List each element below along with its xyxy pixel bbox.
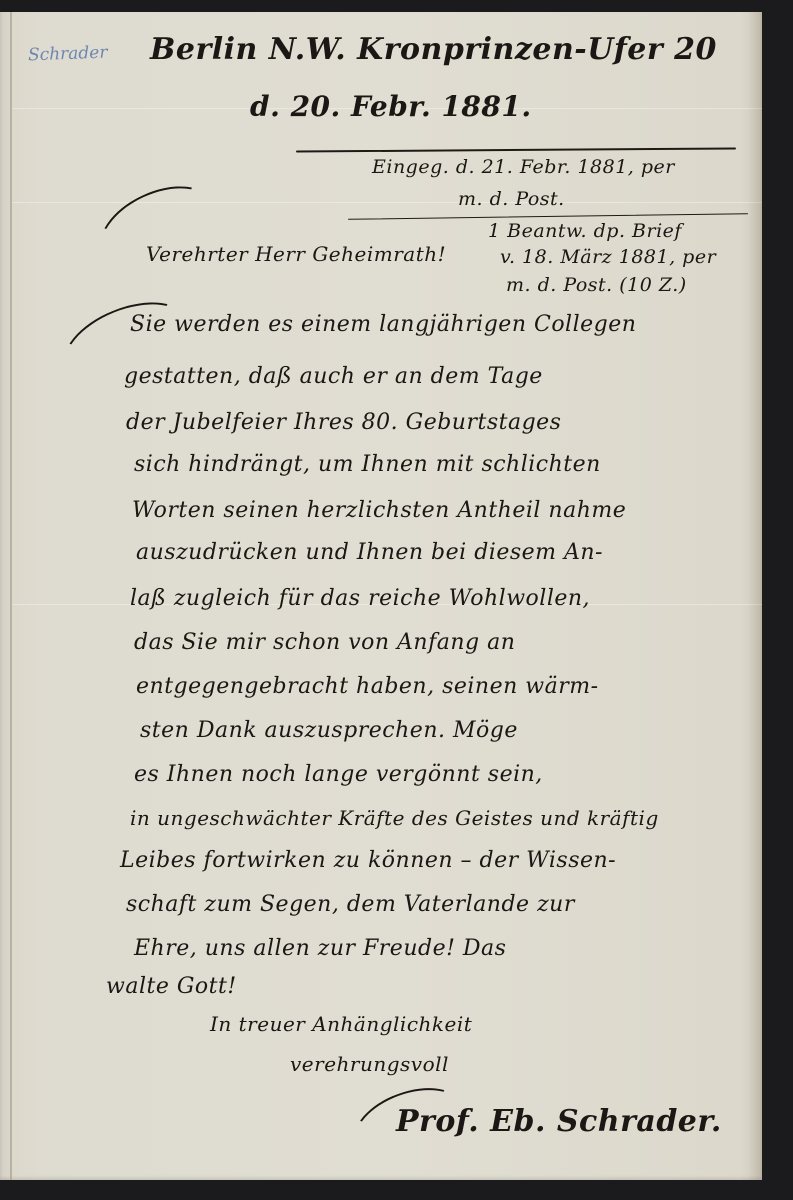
body-line: sten Dank auszusprechen. Möge <box>140 718 518 743</box>
place-line: Berlin N.W. Kronprinzen-Ufer 20 <box>150 32 717 67</box>
body-line: es Ihnen noch lange vergönnt sein, <box>134 762 543 787</box>
closing-line2: verehrungsvoll <box>290 1052 449 1076</box>
body-line: schaft zum Segen, dem Vaterlande zur <box>126 892 575 917</box>
archive-annotation: Schrader <box>28 43 108 66</box>
body-line: entgegengebracht haben, seinen wärm- <box>136 674 599 699</box>
body-line: auszudrücken und Ihnen bei diesem An- <box>136 540 603 565</box>
reply-note-line3: m. d. Post. (10 Z.) <box>506 274 687 296</box>
reply-note-line1: 1 Beantw. dp. Brief <box>488 220 682 242</box>
body-line: Sie werden es einem langjährigen College… <box>130 312 636 337</box>
fold-line <box>12 202 762 203</box>
receipt-via-note: m. d. Post. <box>458 188 565 210</box>
body-line: Ehre, uns allen zur Freude! Das <box>134 936 506 961</box>
letter-page: Schrader Berlin N.W. Kronprinzen-Ufer 20… <box>0 12 762 1180</box>
receipt-received-note: Eingeg. d. 21. Febr. 1881, per <box>372 156 675 178</box>
signature: Prof. Eb. Schrader. <box>396 1104 722 1139</box>
reply-note-line2: v. 18. März 1881, per <box>500 246 716 268</box>
body-line: das Sie mir schon von Anfang an <box>134 630 515 655</box>
salutation-flourish <box>86 169 230 288</box>
body-line: sich hindrängt, um Ihnen mit schlichten <box>134 452 601 477</box>
salutation: Verehrter Herr Geheimrath! <box>146 242 446 266</box>
body-line: walte Gott! <box>106 974 237 999</box>
receipt-divider <box>348 213 748 220</box>
body-line: Leibes fortwirken zu können – der Wissen… <box>120 848 616 873</box>
body-line: der Jubelfeier Ihres 80. Geburtstages <box>126 410 561 435</box>
body-line: laß zugleich für das reiche Wohlwollen, <box>130 586 590 611</box>
closing-line1: In treuer Anhänglichkeit <box>210 1012 472 1036</box>
body-line: Worten seinen herzlichsten Antheil nahme <box>132 498 626 523</box>
date-line: d. 20. Febr. 1881. <box>250 90 532 123</box>
binding-edge <box>10 12 12 1180</box>
header-underline <box>296 147 736 152</box>
body-line: gestatten, daß auch er an dem Tage <box>124 364 543 389</box>
body-line: in ungeschwächter Kräfte des Geistes und… <box>130 806 659 830</box>
